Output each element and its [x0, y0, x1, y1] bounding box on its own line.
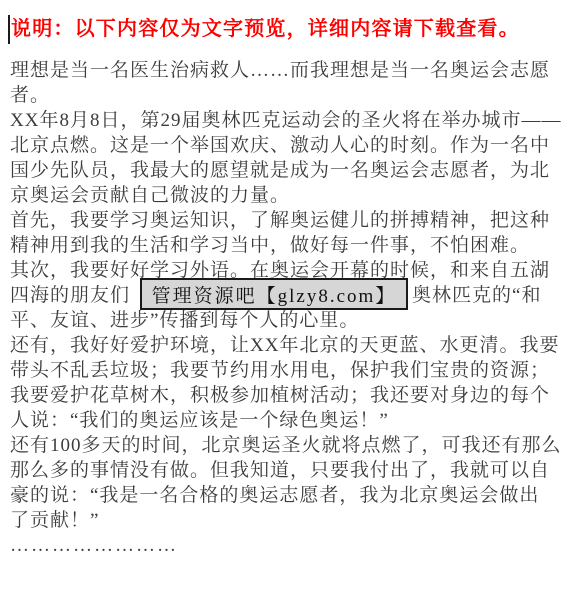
text-line: 带头不乱丢垃圾；我要节约用水用电，保护我们宝贵的资源； — [10, 358, 562, 383]
watermark-text: 管理资源吧【glzy8.com】 — [152, 281, 397, 308]
text-caret — [8, 15, 10, 44]
text-line: 精神用到我的生活和学习当中，做好每一件事，不怕困难。 — [10, 233, 562, 258]
text-line: 还有，我好好爱护环境，让XX年北京的天更蓝、水更清。我要 — [10, 333, 562, 358]
text-line: 人说：“我们的奥运应该是一个绿色奥运！” — [10, 408, 562, 433]
document-preview: 说明：以下内容仅为文字预览，详细内容请下载查看。 理想是当一名医生治病救人……而… — [0, 0, 578, 600]
text-line: XX年8月8日，第29届奥林匹克运动会的圣火将在举办城市—— — [10, 108, 562, 133]
watermark-box: 管理资源吧【glzy8.com】 — [140, 278, 408, 310]
masked-line-right: 奥林匹克的“和 — [412, 285, 541, 306]
text-line: 京奥运会贡献自己微波的力量。 — [10, 183, 562, 208]
text-line: 理想是当一名医生治病救人……而我理想是当一名奥运会志愿 — [10, 58, 562, 83]
masked-line-left: 四海的朋友们 — [10, 285, 130, 306]
text-line: 那么多的事情没有做。但我知道，只要我付出了，我就可以自 — [10, 458, 562, 483]
text-line: 平、友谊、进步”传播到每个人的心里。 — [10, 308, 562, 333]
download-notice-text: 说明：以下内容仅为文字预览，详细内容请下载查看。 — [11, 16, 520, 43]
text-line: 国少先队员，我最大的愿望就是成为一名奥运会志愿者，为北 — [10, 158, 562, 183]
text-line: 豪的说：“我是一名合格的奥运志愿者，我为北京奥运会做出 — [10, 483, 562, 508]
text-line: 北京点燃。这是一个举国欢庆、激动人心的时刻。作为一名中 — [10, 133, 562, 158]
text-line: 首先，我要学习奥运知识，了解奥运健儿的拼搏精神，把这种 — [10, 208, 562, 233]
ellipsis-line: …………………… — [10, 533, 562, 558]
text-line: 者。 — [10, 83, 562, 108]
text-line: 了贡献！” — [10, 508, 562, 533]
text-line: 还有100多天的时间，北京奥运圣火就将点燃了，可我还有那么 — [10, 433, 562, 458]
text-line: 我要爱护花草树木，积极参加植树活动；我还要对身边的每个 — [10, 383, 562, 408]
